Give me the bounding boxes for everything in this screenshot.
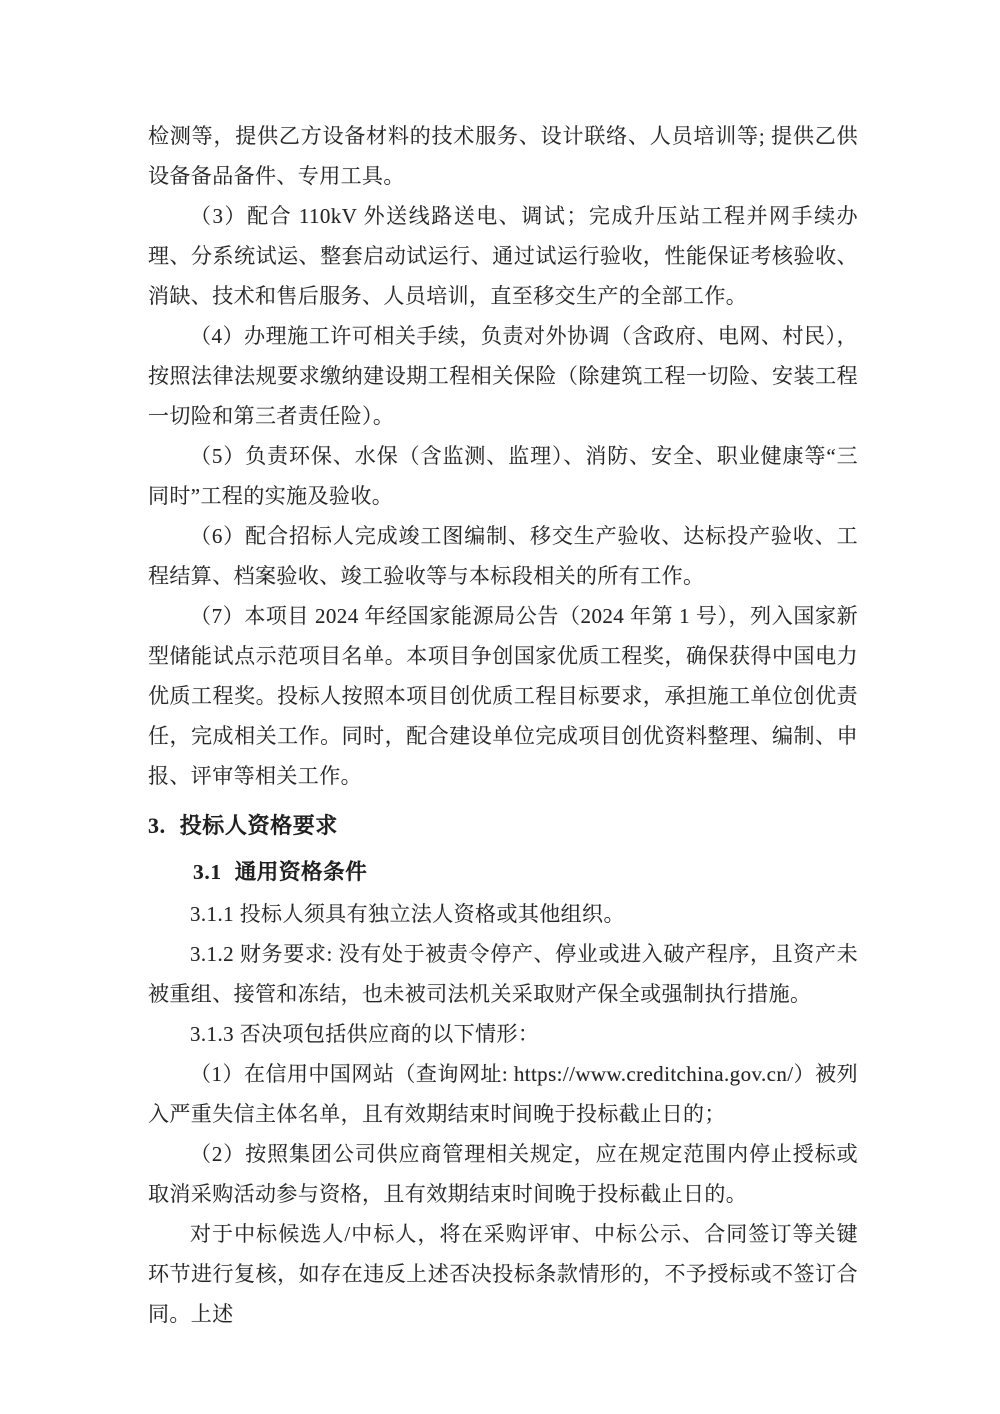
subsection-heading: 3.1通用资格条件 xyxy=(148,852,858,892)
paragraph-item-6: （6）配合招标人完成竣工图编制、移交生产验收、达标投产验收、工程结算、档案验收、… xyxy=(148,516,858,596)
paragraph-item-4: （4）办理施工许可相关手续，负责对外协调（含政府、电网、村民），按照法律法规要求… xyxy=(148,316,858,436)
paragraph-item-3: （3）配合 110kV 外送线路送电、调试；完成升压站工程并网手续办理、分系统试… xyxy=(148,196,858,316)
paragraph-clause-311: 3.1.1 投标人须具有独立法人资格或其他组织。 xyxy=(148,894,858,934)
section-title: 投标人资格要求 xyxy=(180,813,338,838)
subsection-number: 3.1 xyxy=(193,852,222,892)
subsection-title: 通用资格条件 xyxy=(235,860,368,884)
paragraph-reject-item-2: （2）按照集团公司供应商管理相关规定，应在规定范围内停止授标或取消采购活动参与资… xyxy=(148,1134,858,1214)
paragraph-item-7: （7）本项目 2024 年经国家能源局公告（2024 年第 1 号），列入国家新… xyxy=(148,596,858,796)
paragraph-item-5: （5）负责环保、水保（含监测、监理）、消防、安全、职业健康等“三同时”工程的实施… xyxy=(148,436,858,516)
section-number: 3. xyxy=(148,806,166,846)
document-page: 检测等，提供乙方设备材料的技术服务、设计联络、人员培训等; 提供乙供设备备品备件… xyxy=(0,0,1000,1414)
paragraph-clause-313: 3.1.3 否决项包括供应商的以下情形： xyxy=(148,1014,858,1054)
paragraph-clause-312: 3.1.2 财务要求: 没有处于被责令停产、停业或进入破产程序，且资产未被重组、… xyxy=(148,934,858,1014)
paragraph-reject-item-1: （1）在信用中国网站（查询网址: https://www.creditchina… xyxy=(148,1054,858,1134)
paragraph-continuation: 检测等，提供乙方设备材料的技术服务、设计联络、人员培训等; 提供乙供设备备品备件… xyxy=(148,116,858,196)
paragraph-review-note: 对于中标候选人/中标人，将在采购评审、中标公示、合同签订等关键环节进行复核，如存… xyxy=(148,1214,858,1334)
section-heading: 3.投标人资格要求 xyxy=(148,806,858,846)
